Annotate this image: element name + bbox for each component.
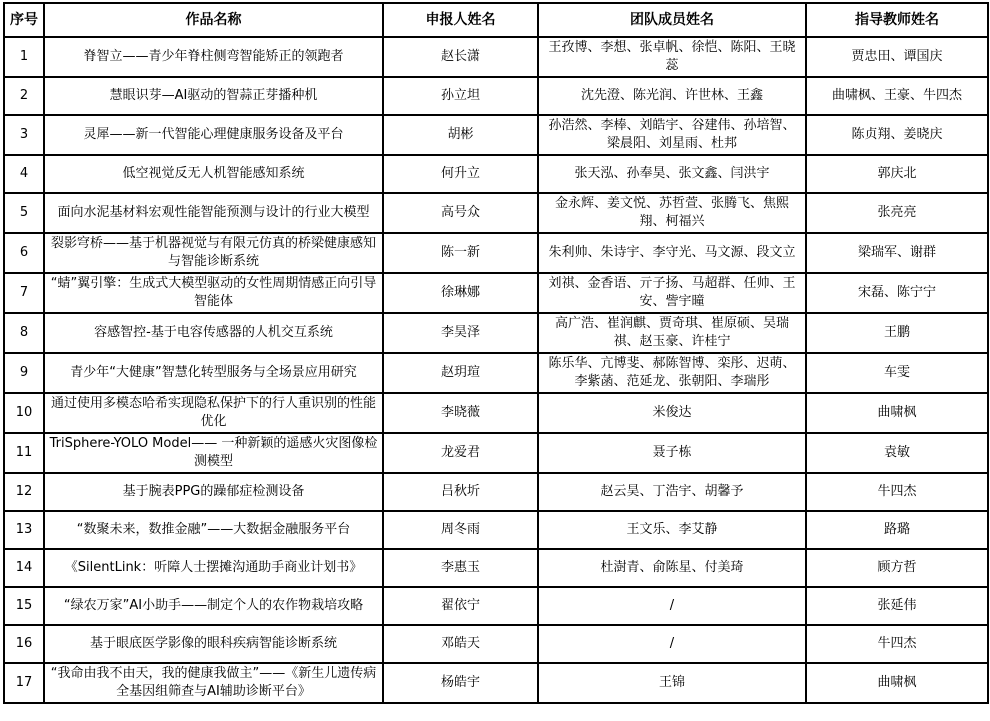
serial-cell: 8 [4,313,44,353]
advisors-cell: 袁敏 [806,433,988,473]
table-row: 10通过使用多模态哈希实现隐私保护下的行人重识别的性能优化李晓薇米俊达曲啸枫 [4,393,988,433]
table-row: 16基于眼底医学影像的眼科疾病智能诊断系统邓皓天/牛四杰 [4,625,988,663]
serial-cell: 15 [4,587,44,625]
team-cell: / [538,625,806,663]
title-cell: 青少年“大健康”智慧化转型服务与全场景应用研究 [44,353,383,393]
table-row: 5面向水泥基材料宏观性能智能预测与设计的行业大模型高号众金永辉、姜文悦、苏哲萱、… [4,193,988,233]
team-cell: 孙浩然、李棒、刘皓宇、谷建伟、孙培智、梁晨阳、刘星雨、杜邦 [538,115,806,155]
title-cell: 低空视觉反无人机智能感知系统 [44,155,383,193]
advisors-cell: 陈贞翔、姜晓庆 [806,115,988,155]
applicant-cell: 赵长潇 [383,37,538,77]
applicant-cell: 李惠玉 [383,549,538,587]
applicant-cell: 杨皓宇 [383,663,538,703]
projects-table: 序号作品名称申报人姓名团队成员姓名指导教师姓名 1脊智立——青少年脊柱侧弯智能矫… [3,2,989,704]
team-cell: 聂子栋 [538,433,806,473]
serial-cell: 16 [4,625,44,663]
team-cell: 高广浩、崔润麒、贾奇琪、崔原硕、吴瑞祺、赵玉豪、许桂宁 [538,313,806,353]
team-cell: / [538,587,806,625]
team-cell: 沈先澄、陈光润、许世林、王鑫 [538,77,806,115]
table-row: 4低空视觉反无人机智能感知系统何升立张天泓、孙奉昊、张文鑫、闫洪宇郭庆北 [4,155,988,193]
table-row: 14《SilentLink：听障人士摆摊沟通助手商业计划书》李惠玉杜澍青、俞陈星… [4,549,988,587]
applicant-cell: 胡彬 [383,115,538,155]
advisors-cell: 车雯 [806,353,988,393]
team-cell: 刘祺、金香语、亓子扬、马超群、任帅、王安、訾宇曈 [538,273,806,313]
title-cell: 慧眼识芽—AI驱动的智蒜正芽播种机 [44,77,383,115]
serial-cell: 7 [4,273,44,313]
title-cell: 灵犀——新一代智能心理健康服务设备及平台 [44,115,383,155]
table-row: 7“蜻”翼引擎：生成式大模型驱动的女性周期情感正向引导智能体徐琳娜刘祺、金香语、… [4,273,988,313]
table-row: 11TriSphere-YOLO Model—— 一种新颖的遥感火灾图像检测模型… [4,433,988,473]
advisors-cell: 曲啸枫 [806,393,988,433]
col-header-applicant: 申报人姓名 [383,3,538,37]
serial-cell: 12 [4,473,44,511]
table-row: 2慧眼识芽—AI驱动的智蒜正芽播种机孙立坦沈先澄、陈光润、许世林、王鑫曲啸枫、王… [4,77,988,115]
team-cell: 王文乐、李艾静 [538,511,806,549]
team-cell: 赵云昊、丁浩宇、胡馨予 [538,473,806,511]
serial-cell: 10 [4,393,44,433]
team-cell: 金永辉、姜文悦、苏哲萱、张腾飞、焦熙翔、柯福兴 [538,193,806,233]
table-body: 1脊智立——青少年脊柱侧弯智能矫正的领跑者赵长潇王孜博、李想、张卓帆、徐恺、陈阳… [4,37,988,703]
team-cell: 杜澍青、俞陈星、付美琦 [538,549,806,587]
title-cell: 容感智控-基于电容传感器的人机交互系统 [44,313,383,353]
advisors-cell: 张延伟 [806,587,988,625]
table-row: 6裂影穹桥——基于机器视觉与有限元仿真的桥梁健康感知与智能诊断系统陈一新朱利帅、… [4,233,988,273]
title-cell: “蜻”翼引擎：生成式大模型驱动的女性周期情感正向引导智能体 [44,273,383,313]
serial-cell: 17 [4,663,44,703]
advisors-cell: 牛四杰 [806,625,988,663]
applicant-cell: 何升立 [383,155,538,193]
applicant-cell: 周冬雨 [383,511,538,549]
applicant-cell: 邓皓天 [383,625,538,663]
serial-cell: 11 [4,433,44,473]
col-header-team: 团队成员姓名 [538,3,806,37]
title-cell: 面向水泥基材料宏观性能智能预测与设计的行业大模型 [44,193,383,233]
applicant-cell: 李昊泽 [383,313,538,353]
table-row: 15“绿农万家”AI小助手——制定个人的农作物栽培攻略翟依宁/张延伟 [4,587,988,625]
table-row: 9青少年“大健康”智慧化转型服务与全场景应用研究赵玥瑄陈乐华、亢博斐、郝陈智博、… [4,353,988,393]
serial-cell: 9 [4,353,44,393]
advisors-cell: 宋磊、陈宁宁 [806,273,988,313]
team-cell: 王锦 [538,663,806,703]
team-cell: 张天泓、孙奉昊、张文鑫、闫洪宇 [538,155,806,193]
applicant-cell: 孙立坦 [383,77,538,115]
serial-cell: 4 [4,155,44,193]
table-row: 3灵犀——新一代智能心理健康服务设备及平台胡彬孙浩然、李棒、刘皓宇、谷建伟、孙培… [4,115,988,155]
title-cell: “我命由我不由天，我的健康我做主”——《新生儿遗传病全基因组筛查与AI辅助诊断平… [44,663,383,703]
serial-cell: 1 [4,37,44,77]
advisors-cell: 贾忠田、谭国庆 [806,37,988,77]
title-cell: 基于眼底医学影像的眼科疾病智能诊断系统 [44,625,383,663]
advisors-cell: 王鹏 [806,313,988,353]
serial-cell: 6 [4,233,44,273]
serial-cell: 13 [4,511,44,549]
applicant-cell: 陈一新 [383,233,538,273]
advisors-cell: 郭庆北 [806,155,988,193]
table-row: 17“我命由我不由天，我的健康我做主”——《新生儿遗传病全基因组筛查与AI辅助诊… [4,663,988,703]
team-cell: 朱利帅、朱诗宇、李守光、马文源、段文立 [538,233,806,273]
applicant-cell: 赵玥瑄 [383,353,538,393]
applicant-cell: 龙爱君 [383,433,538,473]
advisors-cell: 曲啸枫、王豪、牛四杰 [806,77,988,115]
col-header-title: 作品名称 [44,3,383,37]
applicant-cell: 徐琳娜 [383,273,538,313]
title-cell: “数聚未来，数推金融”——大数据金融服务平台 [44,511,383,549]
advisors-cell: 牛四杰 [806,473,988,511]
title-cell: 基于腕表PPG的躁郁症检测设备 [44,473,383,511]
advisors-cell: 曲啸枫 [806,663,988,703]
title-cell: 通过使用多模态哈希实现隐私保护下的行人重识别的性能优化 [44,393,383,433]
team-cell: 王孜博、李想、张卓帆、徐恺、陈阳、王晓蕊 [538,37,806,77]
col-header-advisors: 指导教师姓名 [806,3,988,37]
applicant-cell: 翟依宁 [383,587,538,625]
serial-cell: 2 [4,77,44,115]
applicant-cell: 高号众 [383,193,538,233]
team-cell: 陈乐华、亢博斐、郝陈智博、栾彤、迟萌、李紫菡、范延龙、张朝阳、李瑞彤 [538,353,806,393]
title-cell: “绿农万家”AI小助手——制定个人的农作物栽培攻略 [44,587,383,625]
serial-cell: 14 [4,549,44,587]
title-cell: 《SilentLink：听障人士摆摊沟通助手商业计划书》 [44,549,383,587]
title-cell: 裂影穹桥——基于机器视觉与有限元仿真的桥梁健康感知与智能诊断系统 [44,233,383,273]
advisors-cell: 路璐 [806,511,988,549]
table-row: 1脊智立——青少年脊柱侧弯智能矫正的领跑者赵长潇王孜博、李想、张卓帆、徐恺、陈阳… [4,37,988,77]
table-row: 8容感智控-基于电容传感器的人机交互系统李昊泽高广浩、崔润麒、贾奇琪、崔原硕、吴… [4,313,988,353]
title-cell: TriSphere-YOLO Model—— 一种新颖的遥感火灾图像检测模型 [44,433,383,473]
applicant-cell: 吕秋圻 [383,473,538,511]
serial-cell: 5 [4,193,44,233]
advisors-cell: 梁瑞军、谢群 [806,233,988,273]
applicant-cell: 李晓薇 [383,393,538,433]
header-row: 序号作品名称申报人姓名团队成员姓名指导教师姓名 [4,3,988,37]
serial-cell: 3 [4,115,44,155]
table-row: 12基于腕表PPG的躁郁症检测设备吕秋圻赵云昊、丁浩宇、胡馨予牛四杰 [4,473,988,511]
table-row: 13“数聚未来，数推金融”——大数据金融服务平台周冬雨王文乐、李艾静路璐 [4,511,988,549]
document-page: 序号作品名称申报人姓名团队成员姓名指导教师姓名 1脊智立——青少年脊柱侧弯智能矫… [0,0,990,721]
team-cell: 米俊达 [538,393,806,433]
advisors-cell: 顾方哲 [806,549,988,587]
col-header-serial: 序号 [4,3,44,37]
title-cell: 脊智立——青少年脊柱侧弯智能矫正的领跑者 [44,37,383,77]
advisors-cell: 张亮亮 [806,193,988,233]
